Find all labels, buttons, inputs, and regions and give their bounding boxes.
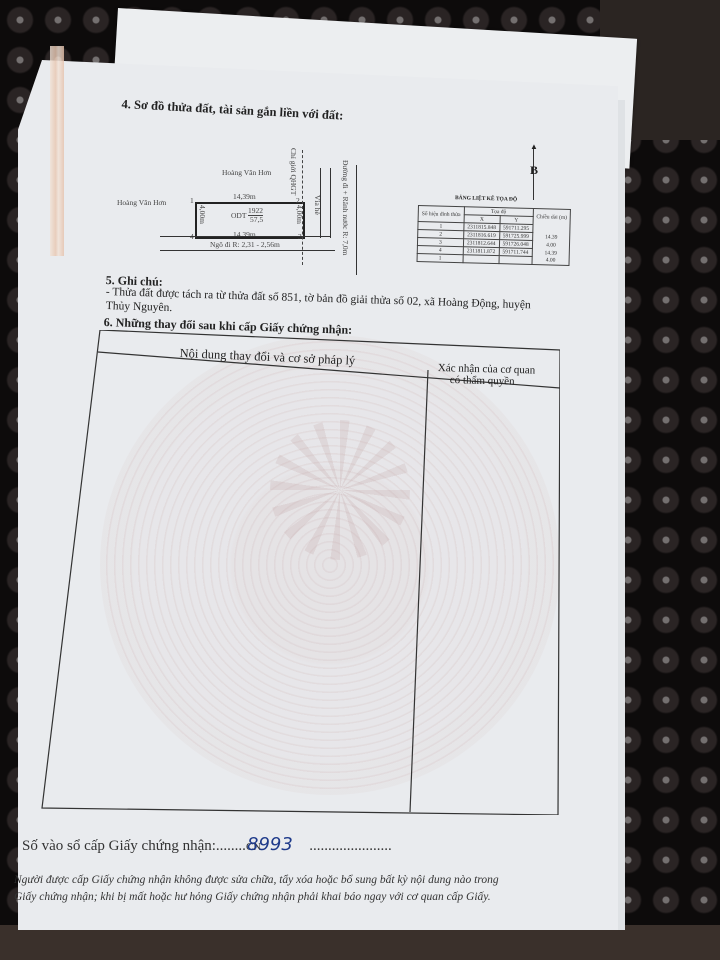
cert-number-label: Số vào sổ cấp Giấy chứng nhận:........CN… — [22, 838, 392, 855]
corner-2: 2 — [296, 196, 300, 205]
changes-table — [40, 330, 560, 815]
alley-label: Ngõ đi R: 2,31 - 2,56m — [210, 240, 280, 249]
changes-col2-header-line2: có thẩm quyền — [450, 374, 515, 388]
parcel-area: 57,5 — [250, 215, 263, 224]
cert-number-handwritten: 8993 — [247, 834, 293, 855]
warning-text: Người được cấp Giấy chứng nhận không đượ… — [14, 872, 499, 906]
top-length: 14,39m — [233, 192, 256, 201]
alley-edge-bottom — [160, 250, 335, 251]
road-edge — [356, 165, 357, 275]
planning-boundary-line — [302, 150, 303, 265]
alley-edge-top — [160, 236, 330, 237]
header-length: Chiều dài (m) — [533, 209, 571, 226]
header-point: Số hiệu đỉnh thửa — [418, 206, 464, 223]
north-label: B — [530, 163, 538, 178]
section5-note-line2: Thủy Nguyên. — [106, 300, 173, 314]
planning-boundary-label: Chỉ giới QHGT — [289, 148, 298, 195]
background-surface — [0, 925, 720, 960]
decorative-border — [50, 46, 64, 256]
corner-1: 1 — [190, 196, 194, 205]
land-code: ODT — [231, 211, 246, 220]
neighbor-top: Hoàng Văn Hơn — [222, 168, 271, 177]
sidewalk-line-2 — [330, 168, 331, 238]
north-arrow-icon: ▲ — [530, 142, 538, 151]
neighbor-left: Hoàng Văn Hơn — [117, 198, 166, 207]
coord-table: Số hiệu đỉnh thửa Tọa độ Chiều dài (m) X… — [417, 205, 572, 266]
sidewalk-label: Vỉa hè — [313, 195, 322, 215]
road-label: Đường đi + Rãnh nước R: 7,0m — [341, 160, 350, 256]
